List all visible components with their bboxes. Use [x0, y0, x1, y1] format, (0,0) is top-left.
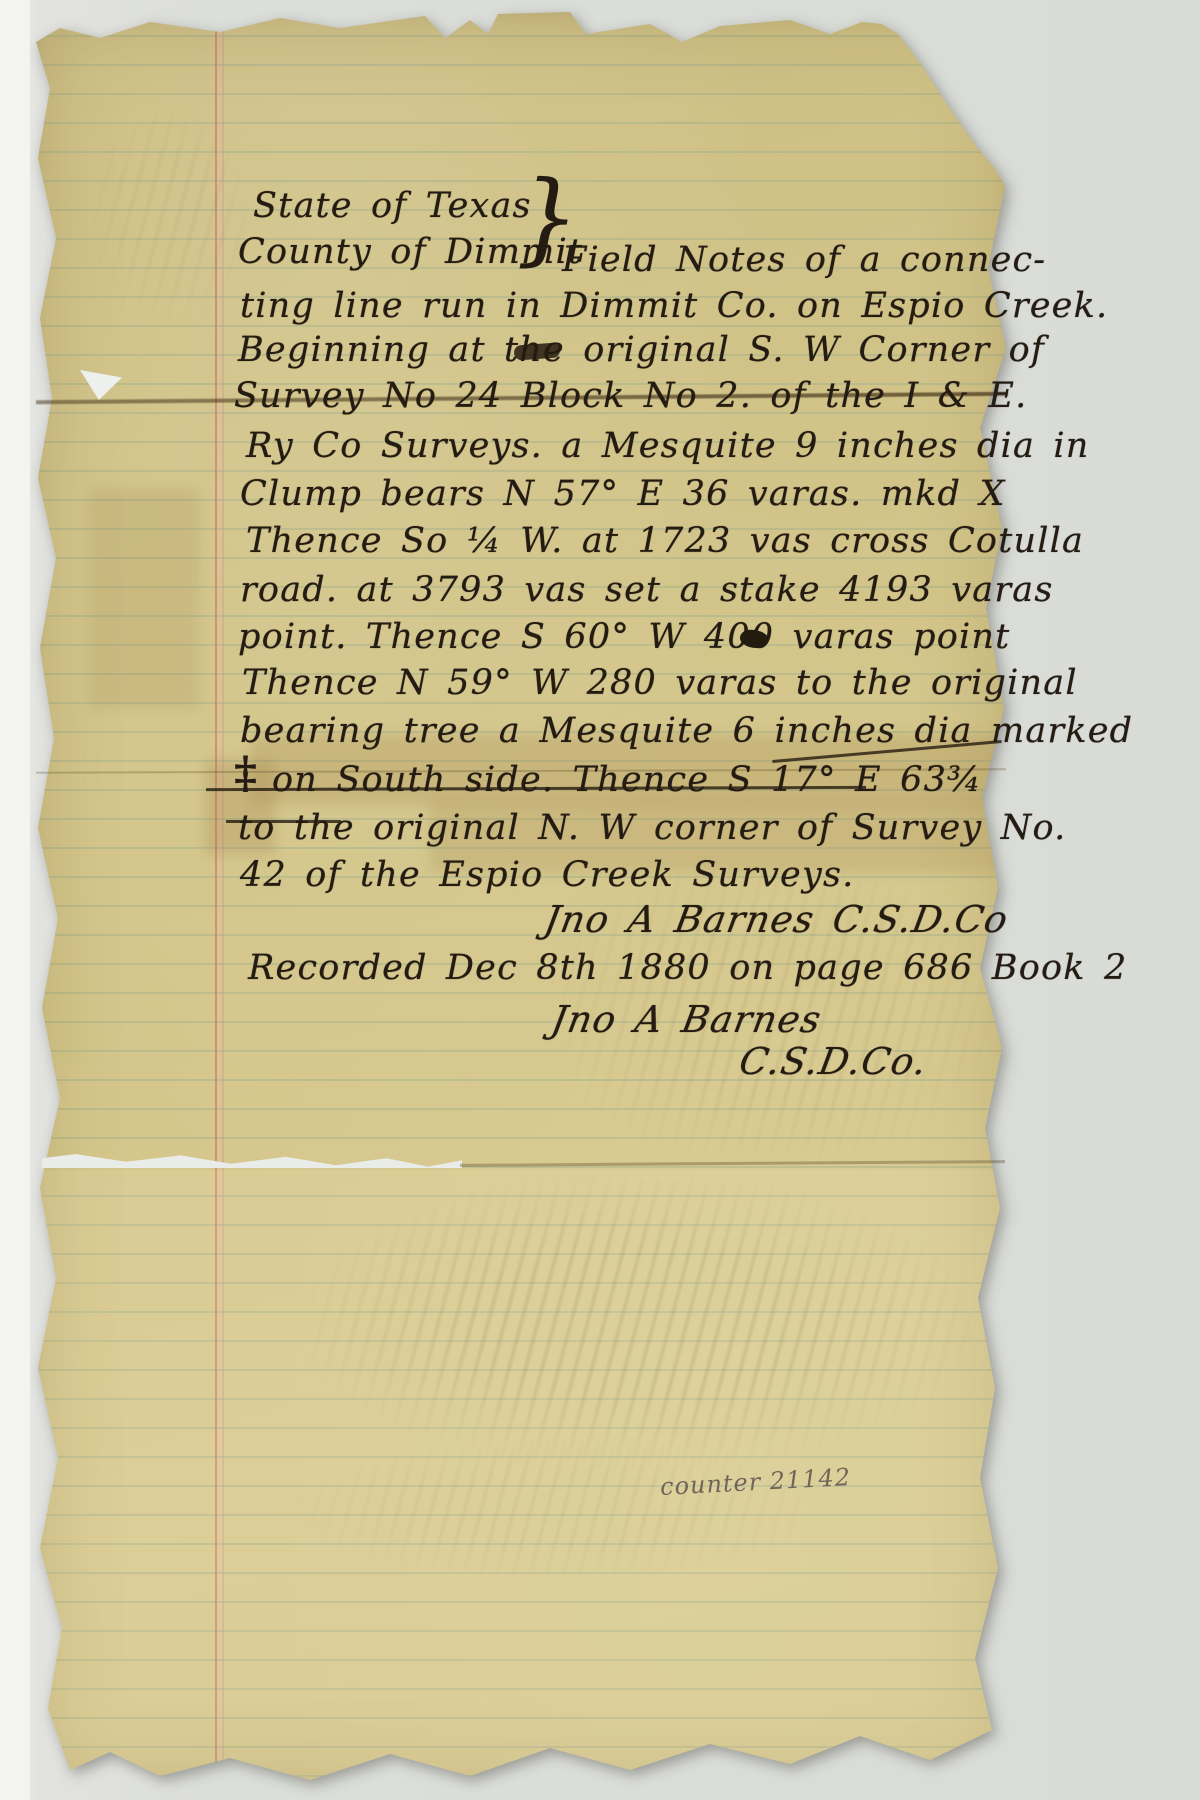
ink-bleed-through — [90, 108, 250, 328]
strike-through-line — [226, 820, 341, 823]
surveyor-tree-mark: ‡ — [234, 748, 257, 799]
surveyor-signature: Jno A Barnes C.S.D.Co — [541, 898, 1012, 941]
ink-bleed-through — [310, 1178, 970, 1468]
handwritten-line: to the original N. W corner of Survey No… — [238, 808, 1066, 848]
ink-bleed-through — [300, 1438, 820, 1578]
handwritten-line: Thence So ¼ W. at 1723 vas cross Cotulla — [246, 521, 1084, 561]
recorded-line: Recorded Dec 8th 1880 on page 686 Book 2 — [248, 948, 1127, 988]
scanner-bed-strip — [0, 0, 30, 1800]
ink-blot — [514, 342, 561, 360]
handwritten-line: ting line run in Dimmit Co. on Espio Cre… — [240, 286, 1108, 326]
handwritten-line: Thence N 59° W 280 varas to the original — [242, 663, 1078, 703]
smudge-stain — [90, 488, 200, 708]
handwritten-line: Survey No 24 Block No 2. of the I & E. — [234, 376, 1027, 416]
signature-repeat: Jno A Barnes — [548, 998, 825, 1041]
handwritten-line: on South side. Thence S 17° E 63¾ — [272, 760, 982, 800]
handwritten-state-line: State of Texas — [253, 186, 532, 226]
handwritten-line: 42 of the Espio Creek Surveys. — [240, 855, 854, 895]
handwritten-line: bearing tree a Mesquite 6 inches dia mar… — [240, 711, 1133, 751]
company-abbreviation: C.S.D.Co. — [736, 1040, 931, 1083]
handwritten-line: Beginning at the original S. W Corner of — [238, 330, 1045, 370]
handwritten-line: point. Thence S 60° W 400 varas point — [238, 617, 1010, 657]
handwritten-line: road. at 3793 vas set a stake 4193 varas — [240, 570, 1054, 610]
handwritten-line: Clump bears N 57° E 36 varas. mkd X — [240, 474, 1006, 514]
scanned-document-page: State of Texas County of Dimmit } Field … — [0, 0, 1200, 1800]
handwritten-line: Field Notes of a connec- — [562, 240, 1046, 280]
handwritten-line: Ry Co Surveys. a Mesquite 9 inches dia i… — [246, 426, 1089, 466]
